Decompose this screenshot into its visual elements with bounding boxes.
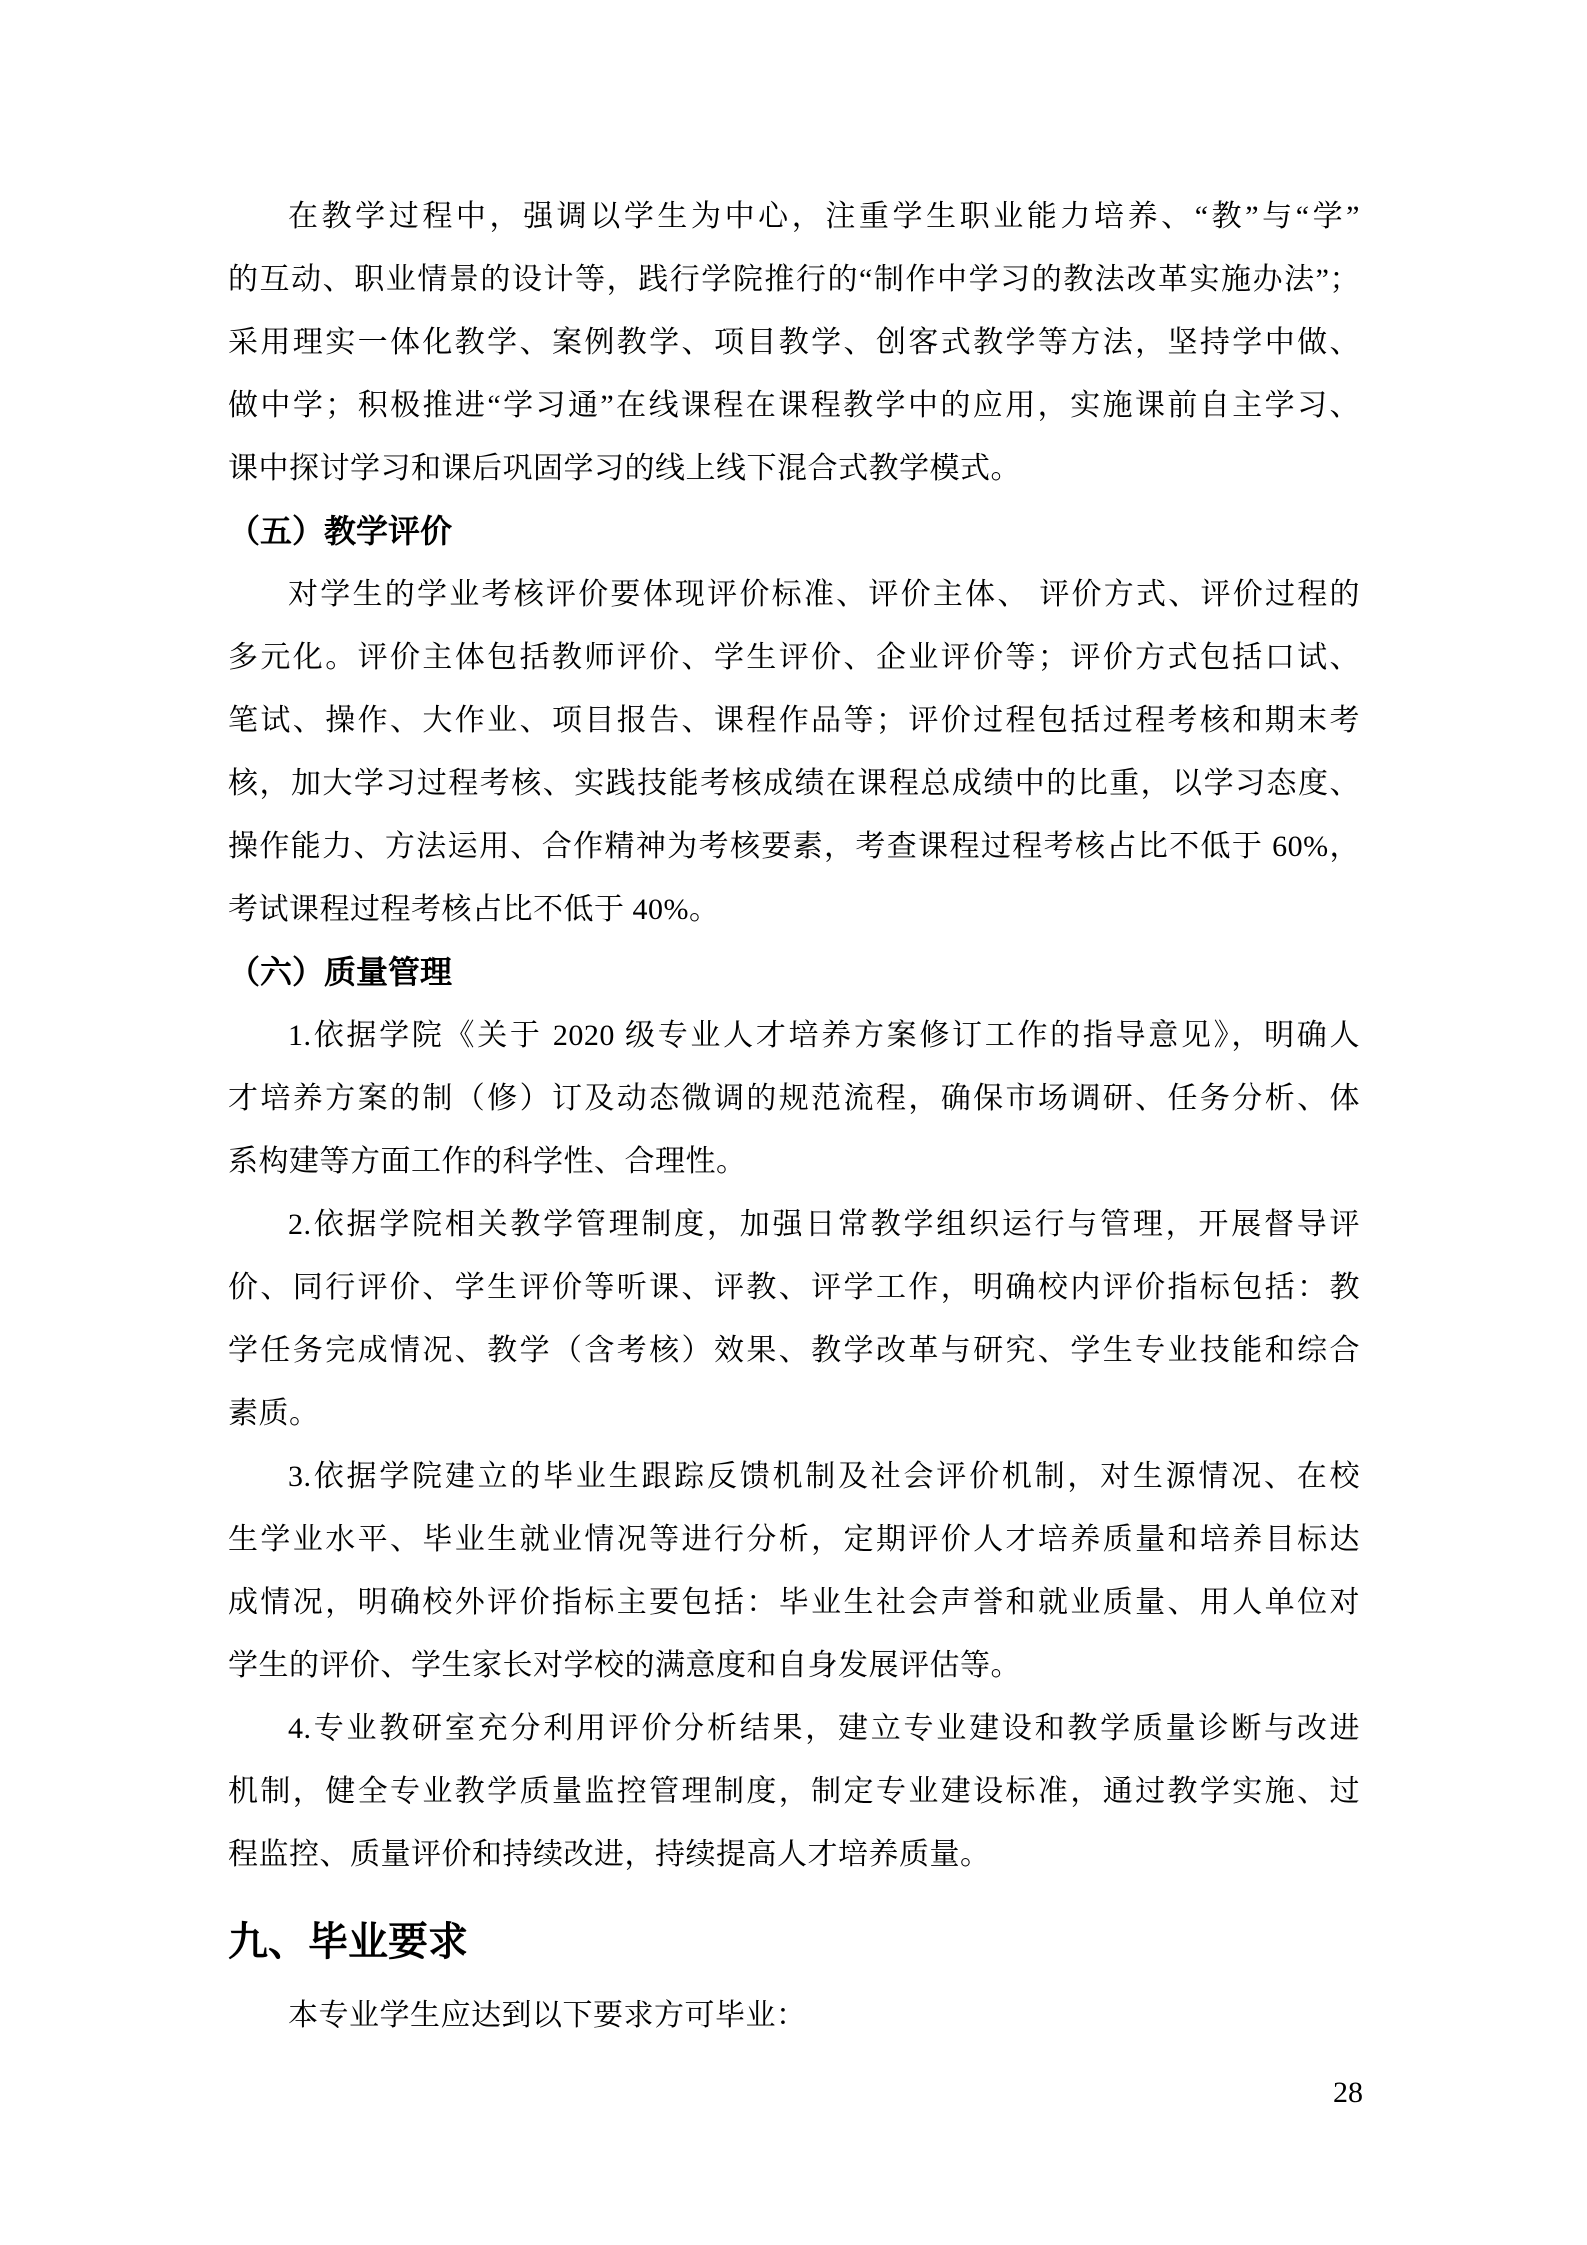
- document-page: 在教学过程中，强调以学生为中心，注重学生职业能力培养、“教”与“学” 的互动、职…: [0, 0, 1587, 2245]
- paragraph-line: 素质。: [228, 1382, 1360, 1445]
- paragraph-line: 3.依据学院建立的毕业生跟踪反馈机制及社会评价机制，对生源情况、在校: [228, 1445, 1360, 1508]
- paragraph-evaluation: 对学生的学业考核评价要体现评价标准、评价主体、 评价方式、评价过程的 多元化。评…: [228, 563, 1360, 941]
- paragraph-line: 多元化。评价主体包括教师评价、学生评价、企业评价等；评价方式包括口试、: [228, 626, 1360, 689]
- paragraph-line: 2.依据学院相关教学管理制度，加强日常教学组织运行与管理，开展督导评: [228, 1193, 1360, 1256]
- paragraph-quality-item-3: 3.依据学院建立的毕业生跟踪反馈机制及社会评价机制，对生源情况、在校 生学业水平…: [228, 1445, 1360, 1697]
- section-heading-quality-management: （六）质量管理: [228, 941, 1360, 1004]
- paragraph-line: 考试课程过程考核占比不低于 40%。: [228, 878, 1360, 941]
- paragraph-line: 才培养方案的制（修）订及动态微调的规范流程，确保市场调研、任务分析、体: [228, 1067, 1360, 1130]
- paragraph-line: 系构建等方面工作的科学性、合理性。: [228, 1130, 1360, 1193]
- paragraph-line: 成情况，明确校外评价指标主要包括：毕业生社会声誉和就业质量、用人单位对: [228, 1571, 1360, 1634]
- paragraph-line: 核，加大学习过程考核、实践技能考核成绩在课程总成绩中的比重，以学习态度、: [228, 752, 1360, 815]
- page-number: 28: [1333, 2075, 1363, 2111]
- page-text-block: 在教学过程中，强调以学生为中心，注重学生职业能力培养、“教”与“学” 的互动、职…: [228, 185, 1360, 2047]
- paragraph-line: 的互动、职业情景的设计等，践行学院推行的“制作中学习的教法改革实施办法”；: [228, 248, 1360, 311]
- paragraph-line: 采用理实一体化教学、案例教学、项目教学、创客式教学等方法，坚持学中做、: [228, 311, 1360, 374]
- paragraph-line: 程监控、质量评价和持续改进，持续提高人才培养质量。: [228, 1823, 1360, 1886]
- paragraph-quality-item-1: 1.依据学院《关于 2020 级专业人才培养方案修订工作的指导意见》，明确人 才…: [228, 1004, 1360, 1193]
- paragraph-line: 笔试、操作、大作业、项目报告、课程作品等；评价过程包括过程考核和期末考: [228, 689, 1360, 752]
- paragraph-line: 1.依据学院《关于 2020 级专业人才培养方案修订工作的指导意见》，明确人: [228, 1004, 1360, 1067]
- paragraph-line: 课中探讨学习和课后巩固学习的线上线下混合式教学模式。: [228, 437, 1360, 500]
- paragraph-line: 本专业学生应达到以下要求方可毕业：: [228, 1984, 1360, 2047]
- paragraph-line: 学生的评价、学生家长对学校的满意度和自身发展评估等。: [228, 1634, 1360, 1697]
- paragraph-line: 对学生的学业考核评价要体现评价标准、评价主体、 评价方式、评价过程的: [228, 563, 1360, 626]
- paragraph-quality-item-4: 4.专业教研室充分利用评价分析结果，建立专业建设和教学质量诊断与改进 机制，健全…: [228, 1697, 1360, 1886]
- paragraph-line: 在教学过程中，强调以学生为中心，注重学生职业能力培养、“教”与“学”: [228, 185, 1360, 248]
- paragraph-line: 价、同行评价、学生评价等听课、评教、评学工作，明确校内评价指标包括：教: [228, 1256, 1360, 1319]
- paragraph-line: 学任务完成情况、教学（含考核）效果、教学改革与研究、学生专业技能和综合: [228, 1319, 1360, 1382]
- paragraph-teaching-process: 在教学过程中，强调以学生为中心，注重学生职业能力培养、“教”与“学” 的互动、职…: [228, 185, 1360, 500]
- paragraph-line: 4.专业教研室充分利用评价分析结果，建立专业建设和教学质量诊断与改进: [228, 1697, 1360, 1760]
- chapter-heading-graduation-requirements: 九、毕业要求: [228, 1900, 1360, 1984]
- paragraph-line: 做中学；积极推进“学习通”在线课程在课程教学中的应用，实施课前自主学习、: [228, 374, 1360, 437]
- paragraph-line: 机制，健全专业教学质量监控管理制度，制定专业建设标准，通过教学实施、过: [228, 1760, 1360, 1823]
- paragraph-line: 操作能力、方法运用、合作精神为考核要素，考查课程过程考核占比不低于 60%，: [228, 815, 1360, 878]
- paragraph-line: 生学业水平、毕业生就业情况等进行分析，定期评价人才培养质量和培养目标达: [228, 1508, 1360, 1571]
- paragraph-quality-item-2: 2.依据学院相关教学管理制度，加强日常教学组织运行与管理，开展督导评 价、同行评…: [228, 1193, 1360, 1445]
- section-heading-teaching-evaluation: （五）教学评价: [228, 500, 1360, 563]
- paragraph-graduation-intro: 本专业学生应达到以下要求方可毕业：: [228, 1984, 1360, 2047]
